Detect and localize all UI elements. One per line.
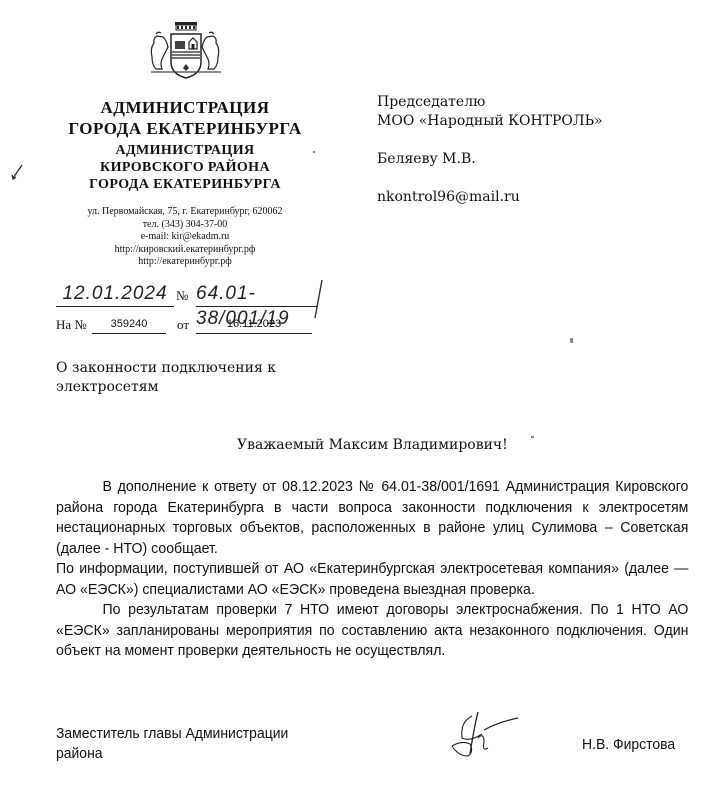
addressee-email[interactable]: nkontrol96@mail.ru [377, 188, 697, 207]
margin-mark-icon [10, 163, 24, 181]
dept-name-line1: АДМИНИСТРАЦИЯ [40, 142, 330, 159]
signer-position-line2: района [56, 744, 288, 764]
scan-speck [531, 436, 534, 438]
body-paragraph-3: По результатам проверки 7 НТО имеют дого… [56, 600, 688, 662]
body-paragraph-2: По информации, поступившей от АО «Екатер… [56, 559, 688, 600]
signer-position: Заместитель главы Администрации района [56, 724, 288, 764]
from-label: от [177, 317, 189, 333]
body-paragraph-1: В дополнение к ответу от 08.12.2023 № 64… [56, 477, 688, 559]
phone: тел. (343) 304-37-00 [40, 219, 330, 232]
subject-line2: электросетям [56, 378, 356, 397]
addressee-organization: МОО «Народный КОНТРОЛЬ» [377, 112, 697, 131]
signer-name: Н.В. Фирстова [582, 735, 675, 755]
scan-speck [570, 338, 573, 343]
subject: О законности подключения к электросетям [56, 359, 356, 397]
outgoing-date: 12.01.2024 [56, 282, 174, 307]
letter-body: В дополнение к ответу от 08.12.2023 № 64… [56, 477, 688, 662]
dept-name: АДМИНИСТРАЦИЯ КИРОВСКОГО РАЙОНА ГОРОДА Е… [40, 142, 330, 193]
coat-of-arms-icon [147, 20, 225, 82]
dept-name-line2: КИРОВСКОГО РАЙОНА [40, 159, 330, 176]
email-link[interactable]: e-mail: kir@ekadm.ru [40, 231, 330, 244]
website-link-city[interactable]: http://екатеринбург.рф [40, 256, 330, 269]
org-name-line2: ГОРОДА ЕКАТЕРИНБУРГА [40, 118, 330, 139]
address: ул. Первомайская, 75, г. Екатеринбург, 6… [40, 206, 330, 219]
signer-position-line1: Заместитель главы Администрации [56, 724, 288, 744]
number-label: № [176, 288, 188, 304]
reply-to-label: На № [56, 317, 87, 333]
handwritten-stroke-icon [312, 278, 324, 320]
handwritten-signature-icon [448, 708, 528, 760]
scan-speck [313, 151, 315, 153]
contact-block: ул. Первомайская, 75, г. Екатеринбург, 6… [40, 206, 330, 269]
greeting: Уважаемый Максим Владимирович! [237, 437, 508, 453]
subject-line1: О законности подключения к [56, 359, 356, 378]
org-name: АДМИНИСТРАЦИЯ ГОРОДА ЕКАТЕРИНБУРГА [40, 97, 330, 139]
addressee-block: Председателю МОО «Народный КОНТРОЛЬ» Бел… [377, 93, 697, 207]
outgoing-number: 64.01-38/001/19 [196, 281, 318, 307]
addressee-title: Председателю [377, 93, 697, 112]
org-name-line1: АДМИНИСТРАЦИЯ [40, 97, 330, 118]
dept-name-line3: ГОРОДА ЕКАТЕРИНБУРГА [40, 176, 330, 193]
reply-to-date: 16.11.2023 [196, 315, 312, 334]
website-link-district[interactable]: http://кировский.екатеринбург.рф [40, 244, 330, 257]
reply-to-number: 359240 [92, 316, 166, 334]
addressee-name: Беляеву М.В. [377, 150, 697, 169]
